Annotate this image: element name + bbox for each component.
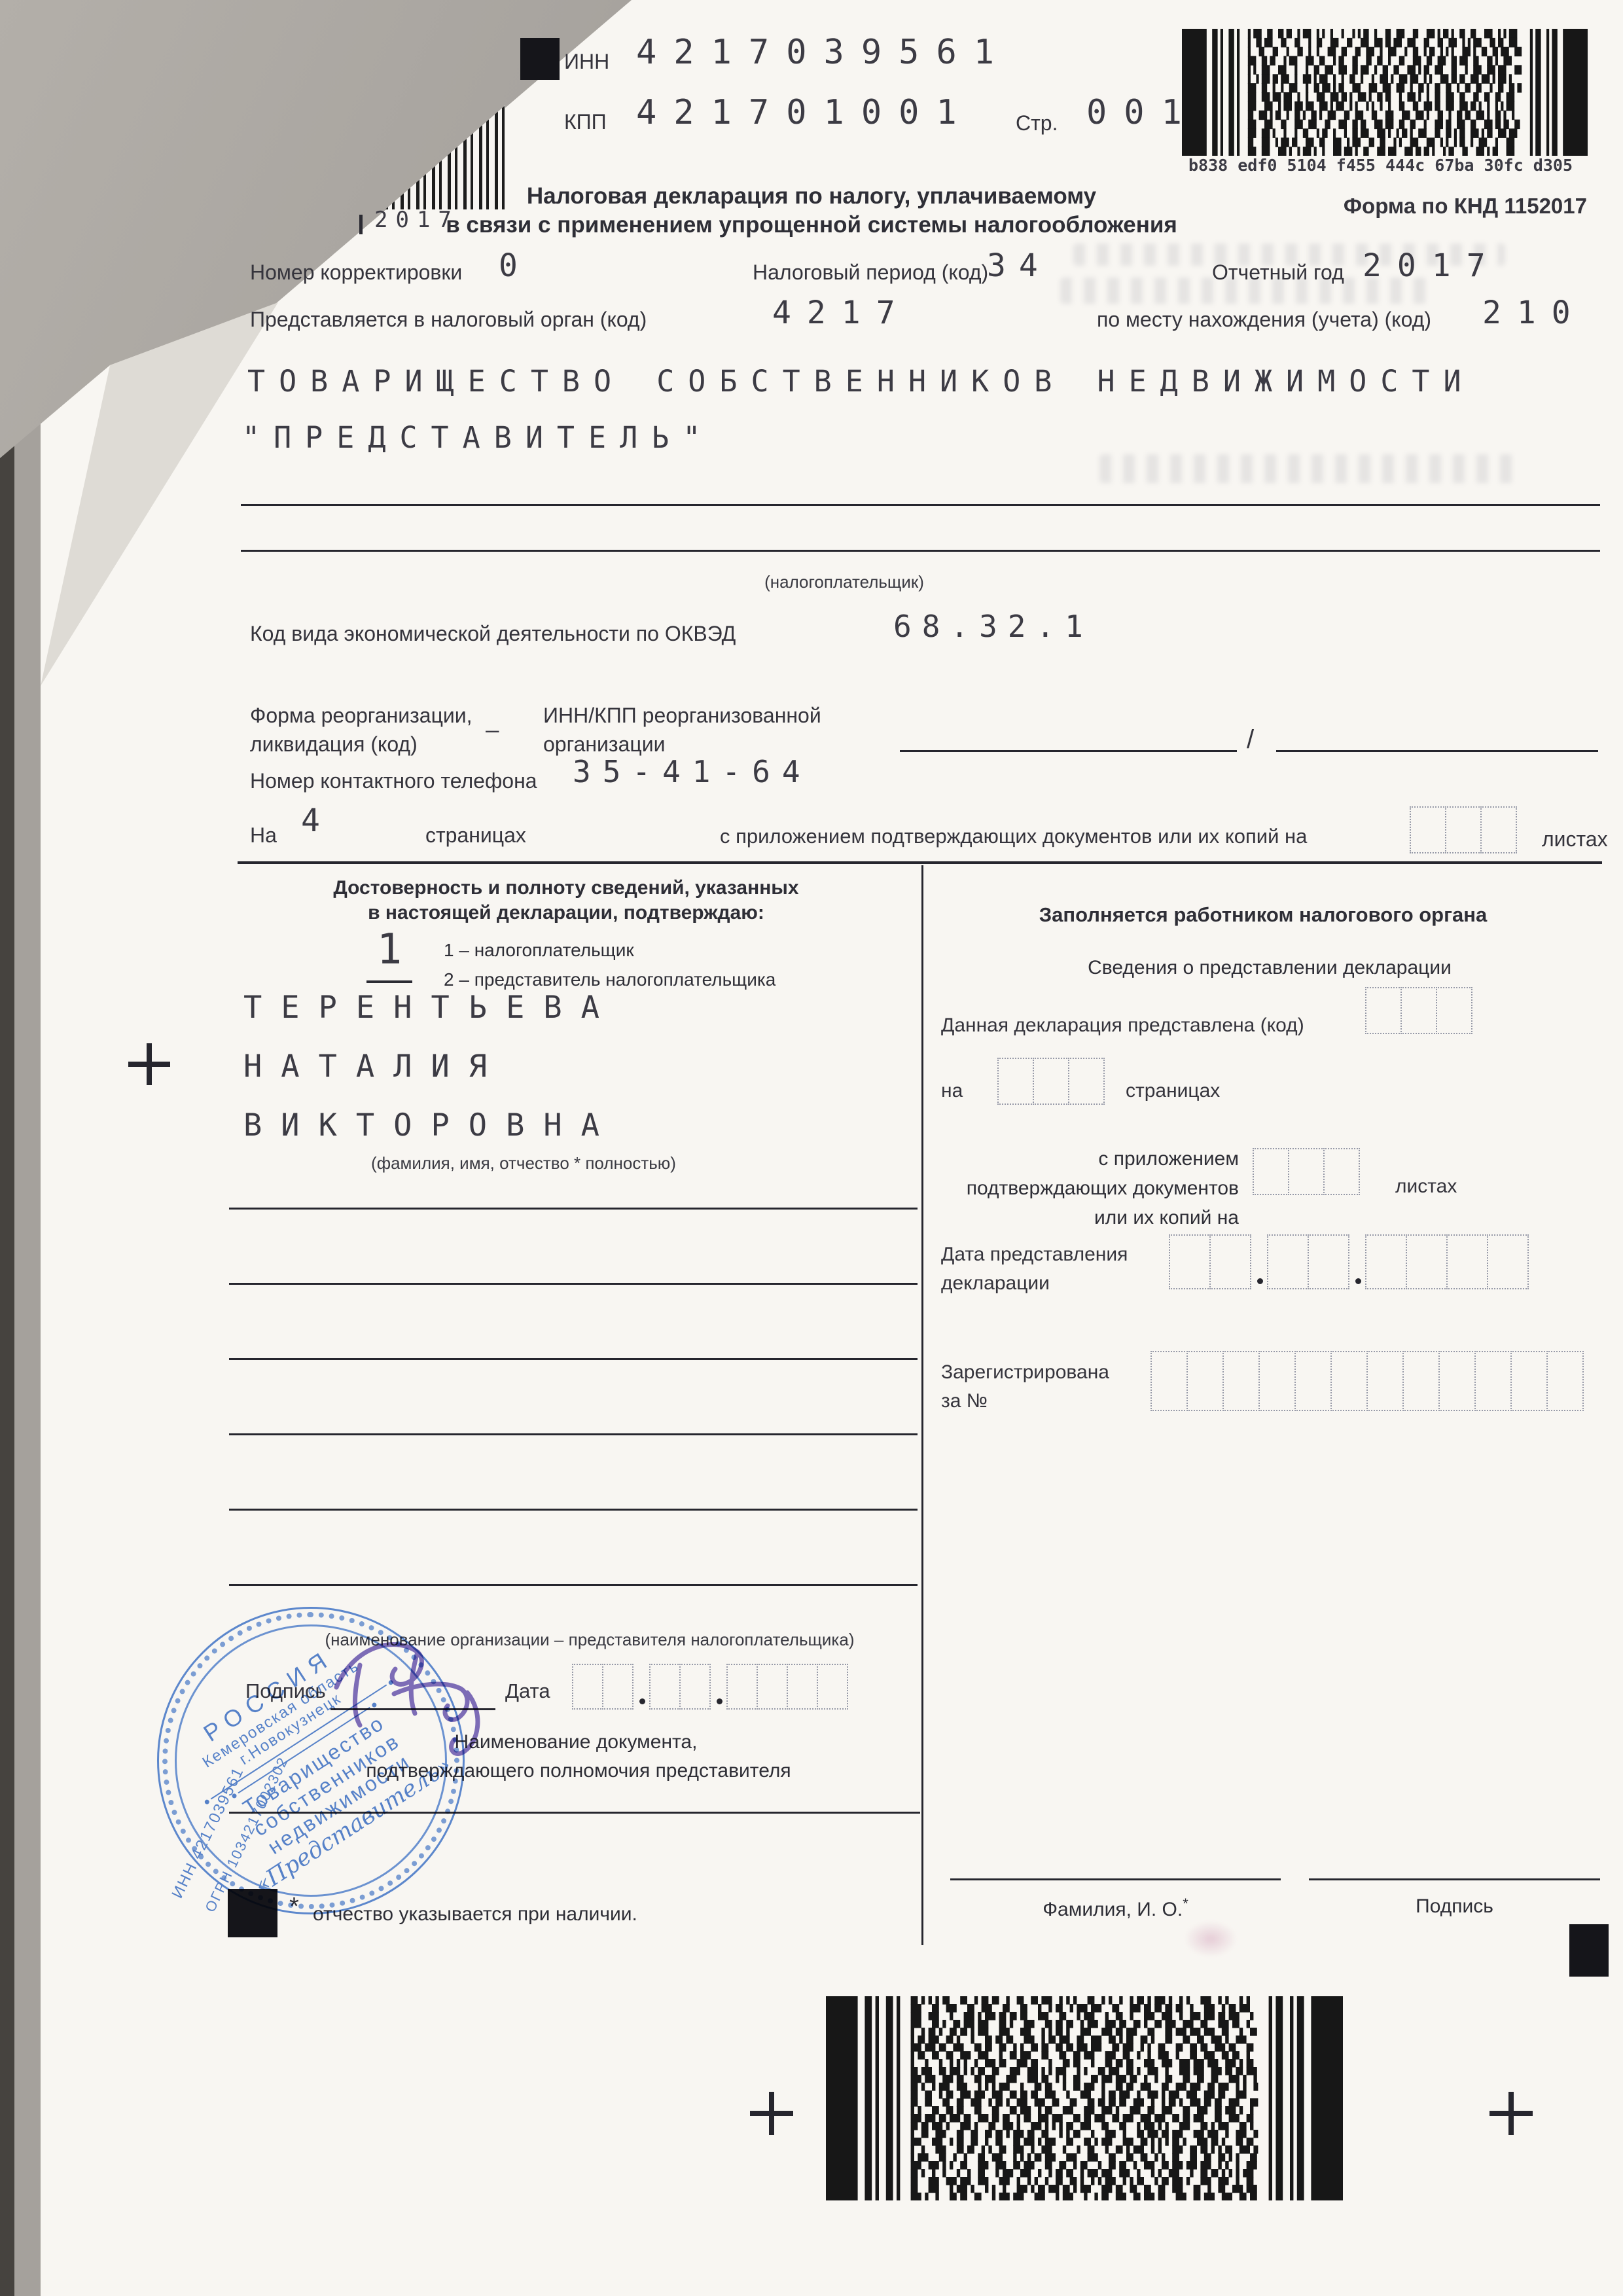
write-in-line <box>229 1509 918 1511</box>
registration-square-top <box>520 38 560 80</box>
reorg-innkpp-label-1: ИНН/КПП реорганизованной <box>543 704 821 728</box>
tax-authority-label: Представляется в налоговый орган (код) <box>250 308 647 332</box>
inspector-signature-caption: Подпись <box>1309 1895 1600 1918</box>
title-line-1: Налоговая декларация по налогу, уплачива… <box>262 182 1361 211</box>
column-divider <box>921 865 923 1945</box>
attachment-sheets-field-right <box>1254 1148 1360 1195</box>
write-in-line <box>229 1584 918 1586</box>
attach-line-3: или их копий на <box>941 1203 1239 1232</box>
signer-patronymic: ВИКТОРОВНА <box>243 1107 618 1143</box>
inn-label: ИНН <box>564 50 609 74</box>
phone-label: Номер контактного телефона <box>250 769 537 793</box>
barcode-hex-caption: b838 edf0 5104 f455 444c 67ba 30fc d305 <box>1188 156 1573 175</box>
okved-label: Код вида экономической деятельности по О… <box>250 622 736 646</box>
pages-count-field <box>999 1058 1105 1105</box>
submission-date-label-2: декларации <box>941 1272 1050 1295</box>
pdf417-barcode-top <box>1182 29 1588 156</box>
signer-code-value: 1 <box>366 925 412 983</box>
submission-info-subheader: Сведения о представлении декларации <box>1008 957 1531 979</box>
ink-smudge <box>1185 1921 1237 1957</box>
attachments-block: с приложением подтверждающих документов … <box>941 1144 1239 1232</box>
crop-mark-bottom-right <box>1489 2092 1533 2135</box>
attach-line-1: с приложением <box>941 1144 1239 1174</box>
scanned-tax-declaration-page: 2017 ИНН 4217039561 КПП 421701001 Стр. 0… <box>0 0 1623 2296</box>
confirmation-line-1: Достоверность и полноту сведений, указан… <box>275 876 857 901</box>
attachments-label: с приложением подтверждающих документов … <box>720 825 1307 848</box>
blank-line <box>900 750 1237 752</box>
attach-line-2: подтверждающих документов <box>941 1174 1239 1203</box>
taxpayer-name-line-2: "ПРЕДСТАВИТЕЛЬ" <box>242 420 714 455</box>
registration-square-right <box>1569 1924 1609 1977</box>
name-caption: (фамилия, имя, отчество * полностью) <box>281 1153 766 1174</box>
submission-date-label-1: Дата представления <box>941 1244 1128 1266</box>
blank-line <box>1276 750 1598 752</box>
surname-caption-text: Фамилия, И. О. <box>1043 1899 1183 1920</box>
taxpayer-caption: (налогоплательщик) <box>589 572 1099 592</box>
innkpp-slash: / <box>1247 725 1254 755</box>
on-pages-label: На <box>250 823 277 848</box>
location-code-value: 210 <box>1482 295 1586 331</box>
attachment-sheets-field <box>1411 806 1517 853</box>
reorg-form-value: — <box>486 717 499 744</box>
tax-period-label: Налоговый период (код) <box>753 260 988 285</box>
okved-value: 68.32.1 <box>893 609 1094 644</box>
sheets-word-right: листах <box>1395 1175 1457 1198</box>
taxpayer-name-line-1: ТОВАРИЩЕСТВО СОБСТВЕННИКОВ НЕДВИЖИМОСТИ <box>247 364 1475 399</box>
reorg-innkpp-label-2: организации <box>543 732 665 757</box>
pages-word-right: страницах <box>1126 1080 1220 1102</box>
on-label-right: на <box>941 1080 963 1102</box>
kpp-label: КПП <box>564 110 607 134</box>
submission-date-field <box>1170 1234 1529 1289</box>
report-year-label: Отчетный год <box>1212 260 1344 285</box>
title-line-2: в связи с применением упрощенной системы… <box>262 211 1361 240</box>
crop-mark-bottom-left <box>750 2092 793 2135</box>
rule-line <box>241 504 1600 506</box>
inspector-signature-line <box>1309 1878 1600 1880</box>
pages-word: страницах <box>425 823 526 848</box>
phone-value: 35-41-64 <box>573 754 812 789</box>
handwritten-signature <box>322 1615 518 1772</box>
correction-number-value: 0 <box>499 247 531 284</box>
document-title: Налоговая декларация по налогу, уплачива… <box>262 182 1361 240</box>
reorg-form-label-1: Форма реорганизации, <box>250 704 473 728</box>
submission-code-field <box>1366 987 1472 1034</box>
rule-line <box>241 550 1600 552</box>
bleed-through-artifact <box>1099 454 1518 483</box>
write-in-line <box>229 1208 918 1210</box>
confirmation-line-2: в настоящей декларации, подтверждаю: <box>275 901 857 925</box>
signer-surname: ТЕРЕНТЬЕВА <box>243 990 618 1026</box>
inspector-surname-line <box>950 1878 1281 1880</box>
registration-number-field <box>1152 1351 1584 1411</box>
confirmation-header: Достоверность и полноту сведений, указан… <box>275 876 857 925</box>
signer-legend-2: 2 – представитель налогоплательщика <box>444 969 776 990</box>
section-divider <box>238 861 1602 864</box>
declaration-submitted-label: Данная декларация представлена (код) <box>941 1014 1304 1037</box>
pdf417-barcode-bottom <box>826 1996 1343 2200</box>
date-field-left <box>573 1664 848 1710</box>
write-in-line <box>229 1433 918 1435</box>
surname-note-mark: * <box>1183 1895 1188 1912</box>
registered-label-1: Зарегистрирована <box>941 1361 1109 1384</box>
crop-mark-left <box>128 1043 170 1085</box>
page-number-label: Стр. <box>1016 111 1058 135</box>
inspector-surname-caption: Фамилия, И. О.* <box>950 1895 1281 1921</box>
signer-legend-1: 1 – налогоплательщик <box>444 940 634 961</box>
sheets-word: листах <box>1542 827 1608 852</box>
tax-authority-value: 4217 <box>772 295 911 331</box>
signer-firstname: НАТАЛИЯ <box>243 1049 506 1085</box>
location-code-label: по месту нахождения (учета) (код) <box>1097 308 1431 332</box>
pages-count-value: 4 <box>301 802 320 839</box>
write-in-line <box>229 1358 918 1360</box>
tax-period-value: 34 <box>987 247 1051 284</box>
report-year-value: 2017 <box>1363 247 1501 284</box>
reorg-form-label-2: ликвидация (код) <box>250 732 418 757</box>
kpp-value: 421701001 <box>636 93 974 132</box>
inspector-section-header: Заполняется работником налогового органа <box>982 903 1544 927</box>
write-in-line <box>229 1283 918 1285</box>
correction-number-label: Номер корректировки <box>250 260 462 285</box>
registered-label-2: за № <box>941 1390 988 1412</box>
inn-value: 4217039561 <box>636 33 1011 72</box>
